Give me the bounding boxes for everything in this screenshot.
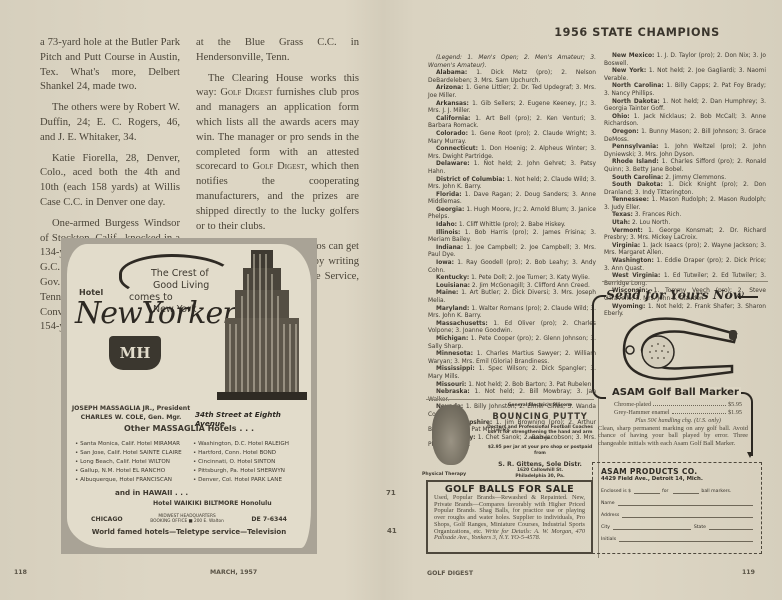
- winners: 3. Frances Rich.: [633, 212, 681, 218]
- field-label: Address: [601, 513, 619, 518]
- champion-entry: Vermont: 1. George Konsmat; 2. Dr. Richa…: [604, 228, 766, 243]
- state-name: Florida:: [436, 192, 462, 198]
- paragraph: a 73-yard hole at the Butler Park Pitch …: [40, 36, 180, 95]
- state-name: Minnesota:: [436, 351, 473, 357]
- hotel-officers: JOSEPH MASSAGLIA JR., President CHARLES …: [71, 404, 191, 422]
- field-label: Name: [601, 501, 615, 506]
- champion-entry: Rhode Island: 1. Charles Sifford (pro); …: [604, 159, 766, 174]
- hotel-list-item: Denver, Col. Hotel PARK LANE: [193, 476, 307, 485]
- hq-city: CHICAGO: [91, 516, 123, 523]
- name-blank[interactable]: [618, 501, 753, 506]
- state-name: Texas:: [612, 212, 633, 218]
- hq-office: MIDWEST HEADQUARTERSBOOKING OFFICE ■ 200…: [150, 514, 224, 524]
- ad-panel: The Crest of Good Living comes to New Yo…: [67, 244, 311, 548]
- state-name: Connecticut:: [436, 146, 478, 152]
- hq-office-line: BOOKING OFFICE ■ 200 E. Walton: [150, 519, 224, 524]
- putty-price: $2.95 per jar at your pro shop or postpa…: [484, 445, 596, 456]
- text: furnishes club pros and managers an appl…: [196, 87, 359, 172]
- champion-entry: District of Columbia: 1. Not held; 2. Cl…: [428, 177, 596, 192]
- state-name: Indiana:: [436, 245, 463, 251]
- winners: 1. Cliff Whittle (pro); 2. Babe Hiskey.: [457, 222, 566, 228]
- champion-entry: Georgia: 1. Hugh Moore, Jr.; 2. Arnold B…: [428, 207, 596, 222]
- state-name: Maine:: [436, 290, 458, 296]
- champion-entry: Washington: 1. Eddie Draper (pro); 2. Di…: [604, 258, 766, 273]
- officer-line: CHARLES W. COLE, Gen. Mgr.: [71, 413, 191, 422]
- initials-field[interactable]: Initials: [601, 537, 753, 542]
- other-hotels-list: Santa Monica, Calif. Hotel MIRAMAR Washi…: [75, 440, 307, 485]
- enclosed-field[interactable]: Enclosed is $forball markers.: [601, 489, 753, 494]
- champion-entry: Utah: 2. Lou North.: [604, 220, 766, 228]
- state-name: Colorado:: [436, 131, 468, 137]
- champion-entry: Florida: 1. Dave Ragan; 2. Doug Sanders;…: [428, 192, 596, 207]
- hotel-list-item: Gallup, N.M. Hotel EL RANCHO: [75, 467, 189, 476]
- state-name: Mississippi:: [436, 366, 475, 372]
- price-value: $5.95: [728, 401, 742, 408]
- champion-entry: Alabama: 1. Dick Metz (pro); 2. Nelson D…: [428, 70, 596, 85]
- hotel-name-logo: NewYorker: [75, 296, 236, 331]
- city-state-field[interactable]: CityState: [601, 525, 753, 530]
- headquarters-row: CHICAGO MIDWEST HEADQUARTERSBOOKING OFFI…: [91, 514, 287, 524]
- state-name: Wyoming:: [612, 304, 645, 310]
- champion-entry: Iowa: 1. Ray Goodell (pro); 2. Bob Leahy…: [428, 260, 596, 275]
- hotel-list-item: Washington, D.C. Hotel RALEIGH: [193, 440, 307, 449]
- champion-entry: Minnesota: 1. Charles Martius Sawyer; 2.…: [428, 351, 596, 366]
- state-name: Louisiana:: [436, 283, 470, 289]
- initials-blank[interactable]: [619, 537, 753, 542]
- state-name: Missouri:: [436, 382, 466, 388]
- champion-entry: Mississippi: 1. Spec Wilson; 2. Dick Spa…: [428, 366, 596, 381]
- section-divider: [426, 399, 594, 400]
- send-headline: Send for Yours Now: [606, 287, 744, 302]
- winners: 2. Jim McGonagill; 3. Clifford Ann Creed…: [470, 283, 590, 289]
- golf-ball-marker-icon: [614, 310, 744, 385]
- bouncing-putty-ad: General Electric's Silicone BOUNCING PUT…: [484, 403, 596, 479]
- magazine-name: Golf Digest: [220, 87, 272, 98]
- paragraph: at the Blue Grass C.C. in Hendersonville…: [196, 36, 359, 66]
- asam-headline: ASAM Golf Ball Marker: [610, 387, 741, 398]
- field-label: Enclosed is $: [601, 489, 631, 494]
- putty-brand: General Electric's Silicone: [484, 403, 596, 409]
- other-hotels-title: Other MASSAGLIA Hotels . . .: [67, 424, 311, 433]
- arrow-down-icon: [747, 452, 753, 458]
- hotel-tagline: World famed hotels—Teletype service—Tele…: [67, 528, 311, 536]
- state-name: Oregon:: [612, 129, 639, 135]
- state-name: Vermont:: [612, 228, 643, 234]
- champion-entry: Arizona: 1. Gene Littler; 2. Dr. Ted Upd…: [428, 85, 596, 100]
- field-label: City: [601, 525, 610, 530]
- page-title: 1956 STATE CHAMPIONS: [502, 26, 772, 39]
- amount-blank[interactable]: [634, 489, 660, 494]
- price-row: Chrome-plated$5.95: [614, 401, 742, 408]
- champion-entry: Ohio: 1. Jack Nicklaus; 2. Bob McCall; 3…: [604, 114, 766, 129]
- legend: (Legend: 1. Men's Open; 2. Men's Amateur…: [428, 55, 596, 70]
- state-name: Rhode Island:: [612, 159, 659, 165]
- winners: 2. Lou North.: [630, 220, 670, 226]
- ad-border-line: [592, 295, 606, 399]
- champion-entry: Virginia: 1. Jack Isaacs (pro); 2. Wayne…: [604, 243, 766, 258]
- state-name: Nebraska:: [436, 389, 470, 395]
- champion-entry: Texas: 3. Frances Rich.: [604, 212, 766, 220]
- champion-entry: Pennsylvania: 1. John Weltzel (pro); 2. …: [604, 144, 766, 159]
- putty-headline: BOUNCING PUTTY: [484, 411, 596, 421]
- leader-dots: [672, 409, 727, 414]
- state-name: California:: [436, 116, 470, 122]
- address-blank[interactable]: [622, 513, 753, 518]
- champion-entry: New Mexico: 1. J. D. Taylor (pro); 2. Do…: [604, 53, 766, 68]
- left-page: a 73-yard hole at the Butler Park Pitch …: [0, 0, 390, 600]
- field-label: for: [662, 489, 668, 494]
- page-number: 118: [14, 569, 27, 576]
- state-name: New York:: [612, 68, 646, 74]
- state-name: South Dakota:: [612, 182, 663, 188]
- issue-date: MARCH, 1957: [210, 569, 257, 576]
- hand-squeezing-putty-icon: [432, 405, 470, 465]
- leader-dots: [653, 401, 726, 406]
- state-name: Illinois:: [436, 230, 460, 236]
- state-name: District of Columbia:: [436, 177, 505, 183]
- winners: 1. Pete Doll; 2. Joe Turner; 3. Katy Wyl…: [469, 275, 590, 281]
- champion-entry: Arkansas: 1. Gib Sellers; 2. Eugene Keen…: [428, 101, 596, 116]
- putty-seller: S. R. Gittens, Sole Distr.: [484, 461, 596, 468]
- section-divider: [602, 281, 768, 282]
- hotel-list-item: Hartford, Conn. Hotel BOND: [193, 449, 307, 458]
- page-number: 119: [742, 569, 755, 576]
- officer-line: JOSEPH MASSAGLIA JR., President: [71, 404, 191, 413]
- hotel-new-yorker-ad: The Crest of Good Living comes to New Yo…: [61, 238, 317, 554]
- state-name: North Carolina:: [612, 83, 664, 89]
- state-name: Delaware:: [436, 161, 470, 167]
- champion-entry: Colorado: 1. Gene Root (pro); 2. Claude …: [428, 131, 596, 146]
- paragraph: The others were by Robert W. Duffin, 24;…: [40, 101, 180, 145]
- putty-description: Doctors and Professional Football Coache…: [484, 425, 596, 442]
- champion-entry: North Carolina: 1. Billy Capps; 2. Pat F…: [604, 83, 766, 98]
- handling-charge: Plus 50¢ handling chg. (U.S. only): [614, 417, 742, 424]
- hotel-list-item: Cincinnati, O. Hotel SINTON: [193, 458, 307, 467]
- right-page: 1956 STATE CHAMPIONS (Legend: 1. Men's O…: [392, 0, 782, 600]
- hq-phone: DE 7-6344: [251, 516, 287, 523]
- state-name: Ohio:: [612, 114, 630, 120]
- slogan-line: Good Living: [129, 280, 209, 292]
- price-value: $1.95: [728, 409, 742, 416]
- state-name: Utah:: [612, 220, 630, 226]
- champion-entry: Delaware: 1. Not held; 2. John Gehret; 3…: [428, 161, 596, 176]
- champion-entry: Missouri: 1. Not held; 2. Bob Barton; 3.…: [428, 382, 596, 390]
- champion-entry: Indiana: 1. Joe Campbell; 2. Joe Campbel…: [428, 245, 596, 260]
- state-blank[interactable]: [709, 525, 753, 530]
- skyscraper-illustration-icon: [217, 250, 307, 400]
- state-name: Kentucky:: [436, 275, 469, 281]
- champion-entry: South Carolina: 2. Jimmy Clemmons.: [604, 175, 766, 183]
- hotel-list-item: San Jose, Calif. Hotel SAINTE CLAIRE: [75, 449, 189, 458]
- state-name: South Carolina:: [612, 175, 663, 181]
- hotel-list-item: Pittsburgh, Pa. Hotel SHERWYN: [193, 467, 307, 476]
- state-name: Virginia:: [612, 243, 640, 249]
- hotel-list-item: Albuquerque, Hotel FRANCISCAN: [75, 476, 189, 485]
- state-name: Idaho:: [436, 222, 457, 228]
- golf-balls-for-sale-ad: GOLF BALLS FOR SALE Used, Popular Brands…: [426, 480, 593, 554]
- winners: 2. Jimmy Clemmons.: [663, 175, 726, 181]
- state-name: Alabama:: [436, 70, 467, 76]
- hawaii-heading: and in HAWAII . . .: [115, 488, 188, 497]
- putty-address: Philadelphia 30, Pa.: [484, 474, 596, 480]
- paragraph: The Clearing House works this way: Golf …: [196, 72, 359, 235]
- state-name: West Virginia:: [612, 273, 660, 279]
- champion-entry: Maryland: 1. Walter Romans (pro); 2. Cla…: [428, 306, 596, 321]
- quantity-blank[interactable]: [673, 489, 699, 494]
- city-blank[interactable]: [613, 525, 691, 530]
- winners: 1. Ray Goodell (pro); 2. Bob Leahy; 3. A…: [428, 260, 596, 274]
- champion-entry: Idaho: 1. Cliff Whittle (pro); 2. Babe H…: [428, 222, 596, 230]
- company-address: 4429 Field Ave., Detroit 14, Mich.: [601, 476, 753, 482]
- hotel-list-item: Long Beach, Calif. Hotel WILTON: [75, 458, 189, 467]
- champions-column-2: New Mexico: 1. J. D. Taylor (pro); 2. Do…: [604, 53, 766, 319]
- paragraph: Katie Fiorella, 28, Denver, Colo., aced …: [40, 152, 180, 211]
- champion-entry: New York: 1. Not held; 2. Joe Gagliardi;…: [604, 68, 766, 83]
- order-coupon: ASAM PRODUCTS CO. 4429 Field Ave., Detro…: [592, 462, 762, 554]
- mh-crest-icon: MH: [109, 336, 161, 370]
- state-name: Iowa:: [436, 260, 454, 266]
- balls-body: Used, Popular Brands—Rewashed & Repainte…: [434, 495, 585, 542]
- state-name: Washington:: [612, 258, 654, 264]
- state-name: Michigan:: [436, 336, 468, 342]
- state-name: Georgia:: [436, 207, 464, 213]
- hawaii-hotel: Hotel WAIKIKI BILTMORE Honolulu: [153, 500, 272, 507]
- address-field[interactable]: Address: [601, 513, 753, 518]
- champion-entry: Connecticut: 1. Don Hoenig; 2. Alpheus W…: [428, 146, 596, 161]
- champion-entry: Illinois: 1. Bob Harris (pro); 2. James …: [428, 230, 596, 245]
- champion-entry: Massachusetts: 1. Ed Oliver (pro); 2. Ch…: [428, 321, 596, 336]
- state-name: New Mexico:: [612, 53, 654, 59]
- price-label: Chrome-plated: [614, 401, 651, 408]
- champion-entry: Tennessee: 1. Mason Rudolph; 2. Mason Ru…: [604, 197, 766, 212]
- winners: 1. Not held; 2. Bob Barton; 3. Pat Rubel…: [466, 382, 593, 388]
- name-field[interactable]: Name: [601, 501, 753, 506]
- field-label: State: [694, 525, 706, 530]
- putty-caption: Physical Therapy: [422, 472, 466, 477]
- champions-column-1: (Legend: 1. Men's Open; 2. Men's Amateur…: [428, 55, 596, 450]
- state-name: Arizona:: [436, 85, 463, 91]
- field-label: Initials: [601, 537, 616, 542]
- price-label: Grey-Hammer enamel: [614, 409, 670, 416]
- champion-entry: Kentucky: 1. Pete Doll; 2. Joe Turner; 3…: [428, 275, 596, 283]
- state-name: Arkansas:: [436, 101, 469, 107]
- magazine-name: Golf Digest: [252, 161, 304, 172]
- state-name: Pennsylvania:: [612, 144, 658, 150]
- company-name: ASAM PRODUCTS CO.: [601, 467, 753, 476]
- asam-description: Clean, sharp permanent marking on any go…: [598, 425, 748, 447]
- price-row: Grey-Hammer enamel$1.95: [614, 409, 742, 416]
- champion-entry: Louisiana: 2. Jim McGonagill; 3. Cliffor…: [428, 283, 596, 291]
- slogan-line: The Crest of: [129, 268, 209, 280]
- state-name: North Dakota:: [612, 99, 660, 105]
- champion-entry: South Dakota: 1. Dick Knight (pro); 2. D…: [604, 182, 766, 197]
- champion-entry: California: 1. Art Bell (pro); 2. Ken Ve…: [428, 116, 596, 131]
- champion-entry: Michigan: 1. Pete Cooper (pro); 2. Glenn…: [428, 336, 596, 351]
- field-label: ball markers.: [701, 489, 731, 494]
- state-name: Tennessee:: [612, 197, 649, 203]
- champion-entry: Oregon: 1. Bunny Mason; 2. Bill Johnson;…: [604, 129, 766, 144]
- hotel-list-item: Santa Monica, Calif. Hotel MIRAMAR: [75, 440, 189, 449]
- state-name: Massachusetts:: [436, 321, 488, 327]
- champion-entry: North Dakota: 1. Not held; 2. Dan Humphr…: [604, 99, 766, 114]
- magazine-name: GOLF DIGEST: [427, 570, 473, 577]
- champion-entry: Maine: 1. Art Butler; 2. Dick Diversi; 3…: [428, 290, 596, 305]
- state-name: Maryland:: [436, 306, 469, 312]
